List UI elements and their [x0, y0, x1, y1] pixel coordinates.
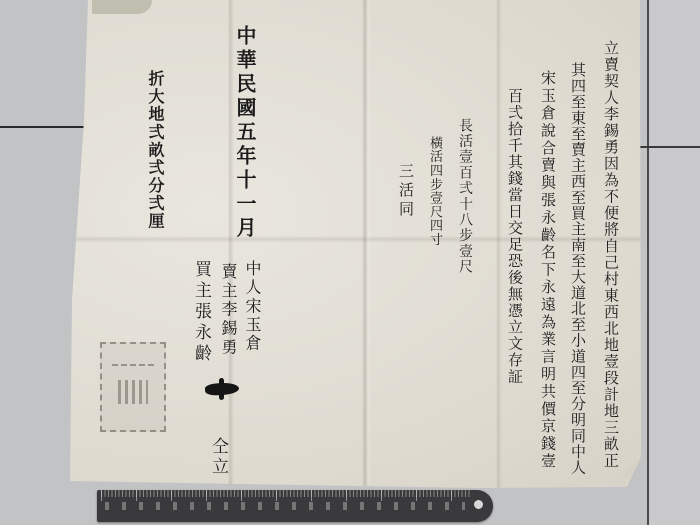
- paper-fold-shadow: [92, 0, 152, 14]
- background-seam-right: [638, 146, 700, 148]
- deed-middleman-signature: 中人宋玉倉: [244, 260, 260, 353]
- deed-date: 中華民國五年十一月: [235, 25, 255, 241]
- ruler-number-marks: [105, 502, 465, 510]
- deed-buyer-signature: 買主張永齡: [192, 260, 209, 365]
- deed-column-width: 橫活四步壹尺四寸: [428, 136, 441, 246]
- background-seam-left: [0, 126, 92, 128]
- deed-column-boundaries: 其四至東至賣主西至買主南至大道北至小道四至分明同中人: [570, 62, 585, 475]
- deed-column-sale-terms: 宋玉倉說合賣與張永齡名下永遠為業言明共價京錢壹: [540, 70, 555, 470]
- seal-stamp-icon: [100, 342, 166, 432]
- seal-glyph-icon: [118, 380, 148, 404]
- deed-column-length: 長活壹百弍十八步壹尺: [458, 118, 472, 275]
- deed-jointly-established: 仝立: [209, 437, 226, 477]
- deed-area-note: 折大地弍畝弍分弍厘: [147, 70, 163, 230]
- ruler-hang-hole-icon: [474, 500, 483, 509]
- deed-seller-signature: 賣主李錫勇: [220, 263, 236, 357]
- deed-paper: [0, 0, 700, 525]
- deed-column-seller-statement: 立賣契人李錫勇因為不便將自己村東西北地壹段計地三畝正: [603, 40, 618, 469]
- background-seam-vertical: [647, 0, 649, 525]
- steel-ruler: [97, 490, 493, 522]
- deed-column-payment: 百弍拾千其錢當日交足恐後無憑立文存証: [507, 88, 522, 385]
- ruler-major-ticks: [101, 490, 471, 501]
- deed-column-note: 三活同: [398, 163, 413, 220]
- background-wall-right: [649, 0, 700, 525]
- seal-roof-shape: [112, 350, 154, 366]
